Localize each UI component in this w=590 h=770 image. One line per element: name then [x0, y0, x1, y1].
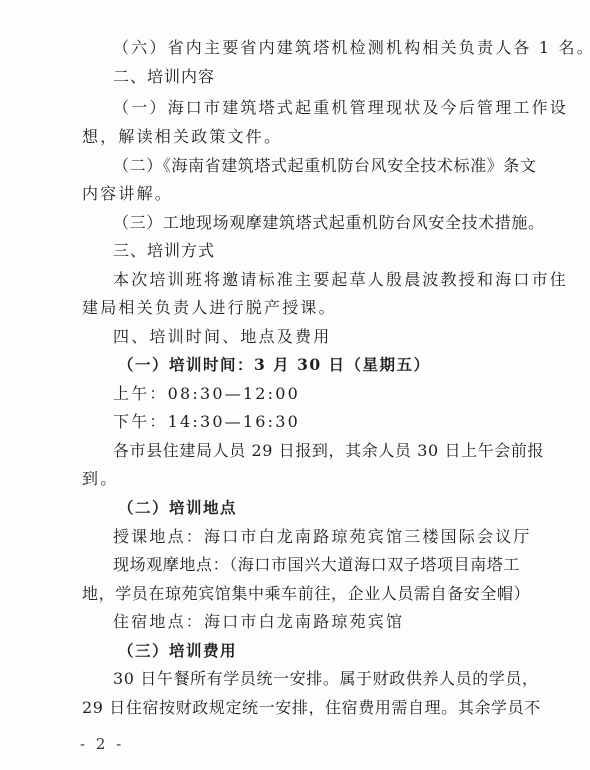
section-heading-time-place-fee: 四、培训时间、地点及费用 — [113, 327, 543, 347]
paragraph-content-1-cont: 想，解读相关政策文件。 — [82, 127, 512, 147]
paragraph-content-2-cont: 内容讲解。 — [82, 184, 512, 204]
accommodation-location: 住宿地点：海口市白龙南路琼苑宾馆 — [113, 612, 543, 632]
time-morning: 上午：08:30—12:00 — [113, 384, 543, 404]
paragraph-content-2: （二）《海南省建筑塔式起重机防台风安全技术标准》条文 — [113, 156, 543, 176]
section-heading-training-content: 二、培训内容 — [113, 67, 543, 87]
paragraph-fee-cont: 29 日住宿按财政规定统一安排，住宿费用需自理。其余学员不 — [82, 698, 512, 718]
paragraph-method-cont: 建局相关负责人进行脱产授课。 — [82, 298, 512, 318]
page-number: - 2 - — [80, 735, 124, 753]
time-afternoon: 下午：14:30—16:30 — [113, 412, 543, 432]
subheading-training-time: （一）培训时间：3 月 30 日（星期五） — [118, 355, 548, 375]
site-visit-location-cont: 地，学员在琼苑宾馆集中乘车前往，企业人员需自备安全帽） — [82, 584, 512, 604]
paragraph-content-1: （一）海口市建筑塔式起重机管理现状及今后管理工作设 — [113, 98, 543, 118]
site-visit-location: 现场观摩地点：（海口市国兴大道海口双子塔项目南塔工 — [113, 555, 543, 575]
lecture-location: 授课地点：海口市白龙南路琼苑宾馆三楼国际会议厅 — [113, 527, 543, 547]
list-item-attendee-6: （六）省内主要省内建筑塔机检测机构相关负责人各 1 名。 — [113, 38, 543, 58]
paragraph-fee: 30 日午餐所有学员统一安排。属于财政供养人员的学员， — [113, 669, 543, 689]
subheading-training-location: （二）培训地点 — [118, 498, 548, 518]
section-heading-training-method: 三、培训方式 — [113, 241, 543, 261]
paragraph-registration-cont: 到。 — [82, 469, 512, 489]
paragraph-registration: 各市县住建局人员 29 日报到，其余人员 30 日上午会前报 — [113, 441, 543, 461]
document-page: （六）省内主要省内建筑塔机检测机构相关负责人各 1 名。 二、培训内容 （一）海… — [0, 0, 590, 770]
paragraph-content-3: （三）工地现场观摩建筑塔式起重机防台风安全技术措施。 — [113, 213, 543, 233]
paragraph-method: 本次培训班将邀请标准主要起草人殷晨波教授和海口市住 — [113, 270, 543, 290]
subheading-training-fee: （三）培训费用 — [118, 641, 548, 661]
